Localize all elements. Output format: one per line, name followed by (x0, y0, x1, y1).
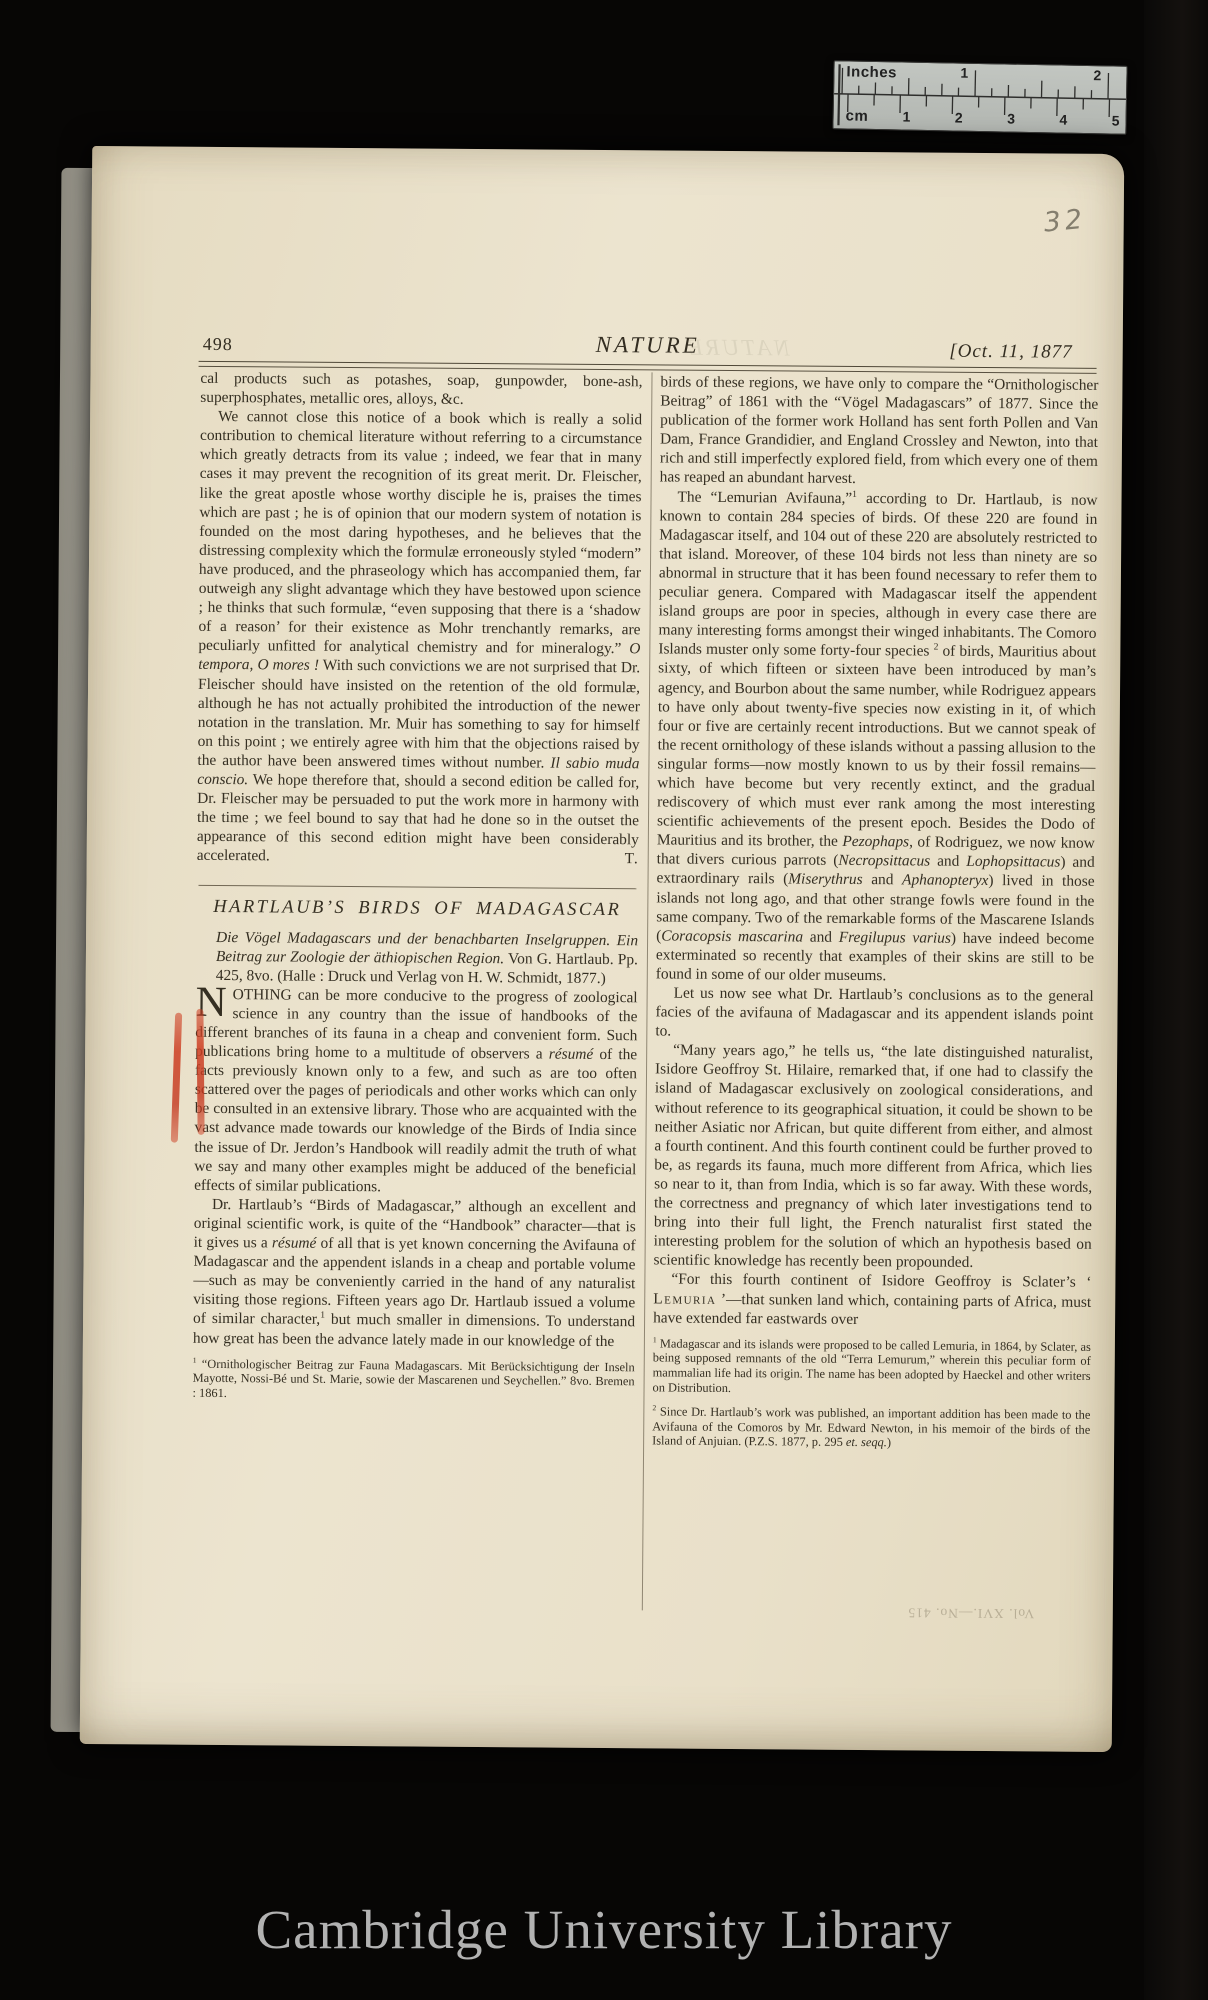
ruler-cm-number: 2 (955, 110, 963, 126)
pencil-folio-number: 32 (1042, 204, 1087, 239)
text-run: “For this fourth continent of Isidore Ge… (671, 1271, 1091, 1291)
text-run: Fregilupus varius (839, 929, 951, 947)
paragraph-fleischer-review: We cannot close this notice of a book wh… (197, 407, 643, 869)
text-run: résumé (272, 1234, 317, 1251)
ruler-inch-number: 1 (960, 65, 968, 81)
text-run: and (863, 871, 903, 888)
issue-date: [Oct. 11, 1877 (949, 341, 1073, 364)
paragraph-article-opening: NOTHING can be more conducive to the pro… (194, 985, 638, 1198)
ruler-cm-number: 5 (1112, 113, 1120, 129)
ruler-inch-number: 2 (1093, 67, 1101, 83)
text-run: We cannot close this notice of a book wh… (198, 408, 642, 657)
ruler-cm-label: cm (845, 107, 868, 124)
footnote-1-column1: 1 “Ornithologischer Beitrag zur Fauna Ma… (192, 1356, 634, 1404)
ruler-cm-number: 3 (1007, 111, 1015, 127)
text-run: according to Dr. Hartlaub, is now known … (658, 490, 1097, 660)
column-divider-rule (642, 372, 653, 1610)
text-run: Lophopsittacus (966, 853, 1060, 871)
book-citation: Die Vögel Madagascars und der benachbart… (216, 928, 638, 989)
text-run: Coracopsis mascarina (661, 927, 803, 945)
text-run: “Many years ago,” he tells us, “the late… (653, 1042, 1093, 1271)
footnote-2-column2: 2 Since Dr. Hartlaub’s work was publishe… (652, 1404, 1090, 1452)
text-run: ) (887, 1436, 891, 1450)
journal-header: NATURE 498 NATURE [Oct. 11, 1877 (199, 309, 1097, 368)
text-run: The “Lemurian Avifauna,” (677, 488, 852, 506)
column-1: cal products such as potashes, soap, gun… (192, 369, 642, 1404)
text-run: Necropsittacus (838, 852, 930, 870)
paragraph-lemuria: “For this fourth continent of Isidore Ge… (653, 1270, 1091, 1331)
ruler: Inches cm 1212345 (832, 60, 1127, 135)
paragraph-chemistry-continuation: cal products such as potashes, soap, gun… (200, 369, 642, 411)
text-run: birds of these regions, we have only to … (660, 373, 1099, 487)
column-2: birds of these regions, we have only to … (652, 372, 1098, 1452)
library-caption: Cambridge University Library (0, 1898, 1208, 1961)
text-run: and (930, 853, 966, 870)
article-heading: HARTLAUB’S BIRDS OF MADAGASCAR (196, 898, 638, 921)
text-run: Pezophaps (842, 833, 909, 851)
scan-viewport: { "footer": { "library_caption": "Cambri… (0, 0, 1208, 2000)
red-crayon-margin-mark (171, 1013, 182, 1143)
paragraph-handbook-character: Dr. Hartlaub’s “Birds of Madagascar,” al… (193, 1195, 636, 1351)
text-run: of the facts previously known only to a … (194, 1046, 637, 1195)
text-run: Aphanopteryx (902, 872, 988, 890)
text-run: Lemuria (653, 1290, 716, 1307)
book-cloth-edge (1144, 0, 1208, 2000)
ruler-cm-number: 4 (1059, 112, 1067, 128)
text-run: Miserythrus (788, 871, 863, 889)
text-run: ’—that sunken land which, containing par… (653, 1290, 1091, 1327)
paragraph-geoffroy-quote: “Many years ago,” he tells us, “the late… (653, 1041, 1093, 1274)
footnote-1-column2: 1 Madagascar and its islands were propos… (652, 1336, 1090, 1399)
paragraph-compare-works: birds of these regions, we have only to … (660, 372, 1099, 490)
ruler-inches-label: Inches (846, 63, 897, 81)
text-run: We hope therefore that, should a second … (197, 771, 640, 865)
red-crayon-margin-mark (196, 1009, 204, 1135)
section-divider-rule (198, 885, 636, 889)
text-run: cal products such as potashes, soap, gun… (200, 370, 642, 408)
paragraph-lemurian-avifauna: The “Lemurian Avifauna,”1 according to D… (656, 487, 1098, 987)
reviewer-initial: T. (607, 849, 639, 868)
text-run: résumé (549, 1046, 594, 1063)
text-run: of birds, Mauritius about sixty, of whic… (657, 643, 1097, 850)
text-run: “Ornithologischer Beitrag zur Fauna Mada… (192, 1356, 634, 1400)
page-scan: 32 NATURE 498 NATURE [Oct. 11, 1877 cal … (80, 146, 1125, 1752)
text-run: and (803, 928, 839, 945)
bleedthrough-volume-number: Vol. XVI.—No. 415 (849, 1604, 1093, 1622)
text-run: Madagascar and its islands were proposed… (653, 1336, 1091, 1395)
text-run: Let us now see what Dr. Hartlaub’s concl… (655, 985, 1093, 1040)
paragraph-conclusions-intro: Let us now see what Dr. Hartlaub’s concl… (655, 983, 1093, 1044)
ruler-cm-number: 1 (902, 109, 910, 125)
text-run: et. seqq. (846, 1435, 887, 1449)
